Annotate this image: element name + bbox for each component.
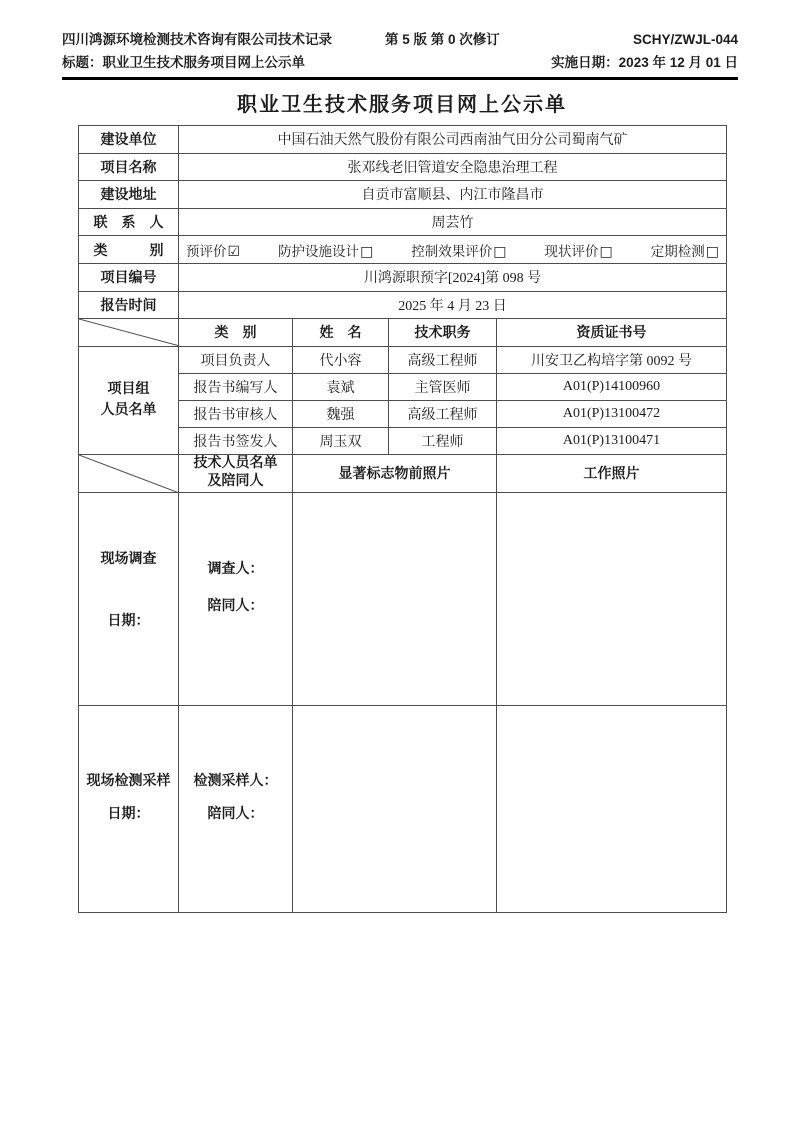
category-option-control-effect: 控制效果评价□ [411, 240, 506, 260]
info-label-contact-person: 联 系 人 [79, 208, 179, 236]
checkbox-unchecked-icon: □ [360, 244, 373, 260]
implementation-date: 实施日期：2023 年 12 月 01 日 [551, 51, 738, 74]
site-sampling-date-label: 日期： [79, 803, 178, 823]
info-value-report-date: 2025 年 4 月 23 日 [179, 291, 727, 319]
site-survey-label-cell: 现场调查 日期： [79, 493, 179, 706]
photo-header-landmark: 显著标志物前照片 [293, 454, 497, 493]
category-option-label: 定期检测 [651, 244, 705, 259]
team-role: 报告书签发人 [179, 427, 293, 454]
checkbox-checked-icon: ☑ [228, 244, 241, 260]
team-group-label: 项目组 人员名单 [79, 346, 179, 454]
team-name: 袁斌 [293, 373, 389, 400]
team-row: 项目组 人员名单 项目负责人 代小容 高级工程师 川安卫乙构培字第 0092 号 [79, 346, 727, 373]
info-label-project-name: 项目名称 [79, 153, 179, 181]
site-survey-persons-cell: 调查人： 陪同人： [179, 493, 293, 706]
diagonal-blank-cell [79, 319, 179, 347]
info-label-construction-unit: 建设单位 [79, 126, 179, 154]
surveyor-label: 调查人： [179, 558, 292, 578]
team-certificate: A01(P)14100960 [497, 373, 727, 400]
info-label-report-date: 报告时间 [79, 291, 179, 319]
category-option-label: 控制效果评价 [411, 244, 492, 259]
team-header-certificate: 资质证书号 [497, 319, 727, 347]
team-role: 报告书编写人 [179, 373, 293, 400]
site-survey-row: 现场调查 日期： 调查人： 陪同人： [79, 493, 727, 706]
category-option-status-evaluation: 现状评价□ [545, 240, 613, 260]
category-label: 类 别 [79, 236, 179, 264]
companion-label: 陪同人： [179, 803, 292, 823]
photo-header-personnel-line2: 及陪同人 [179, 473, 292, 491]
document-subtitle: 标题：职业卫生技术服务项目网上公示单 [62, 55, 305, 70]
team-name: 代小容 [293, 346, 389, 373]
header-divider [62, 77, 738, 80]
diagonal-line-icon [79, 455, 178, 493]
site-sampling-label: 现场检测采样 [79, 770, 178, 790]
team-title: 工程师 [389, 427, 497, 454]
team-title: 高级工程师 [389, 346, 497, 373]
info-value-construction-unit: 中国石油天然气股份有限公司西南油气田分公司蜀南气矿 [179, 126, 727, 154]
info-value-project-name: 张邓线老旧管道安全隐患治理工程 [179, 153, 727, 181]
sampler-label: 检测采样人： [179, 770, 292, 790]
photo-header-row: 技术人员名单 及陪同人 显著标志物前照片 工作照片 [79, 454, 727, 493]
table-row: 项目名称 张邓线老旧管道安全隐患治理工程 [79, 153, 727, 181]
team-certificate: A01(P)13100471 [497, 427, 727, 454]
table-row-category: 类 别 预评价☑ 防护设施设计□ 控制效果评价□ 现状评价□ 定期检测□ [79, 236, 727, 264]
category-option-periodic-testing: 定期检测□ [651, 240, 719, 260]
table-row: 报告时间 2025 年 4 月 23 日 [79, 291, 727, 319]
header-line-1: 四川鸿源环境检测技术咨询有限公司技术记录 第 5 版 第 0 次修订 SCHY/… [62, 28, 738, 51]
table-row: 建设单位 中国石油天然气股份有限公司西南油气田分公司蜀南气矿 [79, 126, 727, 154]
info-label-project-number: 项目编号 [79, 263, 179, 291]
info-value-contact-person: 周芸竹 [179, 208, 727, 236]
site-sampling-work-photo-cell [497, 705, 727, 912]
category-options-cell: 预评价☑ 防护设施设计□ 控制效果评价□ 现状评价□ 定期检测□ [179, 236, 727, 264]
page-title: 职业卫生技术服务项目网上公示单 [78, 88, 726, 117]
team-name: 周玉双 [293, 427, 389, 454]
team-header-title: 技术职务 [389, 319, 497, 347]
document-page: 四川鸿源环境检测技术咨询有限公司技术记录 第 5 版 第 0 次修订 SCHY/… [0, 0, 800, 1131]
photo-header-work: 工作照片 [497, 454, 727, 493]
checkbox-unchecked-icon: □ [706, 244, 719, 260]
version-info: 第 5 版 第 0 次修订 [385, 28, 500, 51]
site-sampling-landmark-photo-cell [293, 705, 497, 912]
team-role: 报告书审核人 [179, 400, 293, 427]
company-record-title: 四川鸿源环境检测技术咨询有限公司技术记录 [62, 32, 332, 47]
publicity-form-table: 建设单位 中国石油天然气股份有限公司西南油气田分公司蜀南气矿 项目名称 张邓线老… [78, 125, 727, 913]
team-header-category: 类 别 [179, 319, 293, 347]
header-line-2: 标题：职业卫生技术服务项目网上公示单 实施日期：2023 年 12 月 01 日 [62, 51, 738, 74]
category-option-protective-design: 防护设施设计□ [278, 240, 373, 260]
site-survey-landmark-photo-cell [293, 493, 497, 706]
info-label-construction-address: 建设地址 [79, 181, 179, 209]
diagonal-line-icon [79, 319, 178, 346]
table-row: 建设地址 自贡市富顺县、内江市隆昌市 [79, 181, 727, 209]
document-header: 四川鸿源环境检测技术咨询有限公司技术记录 第 5 版 第 0 次修订 SCHY/… [62, 28, 738, 74]
team-name: 魏强 [293, 400, 389, 427]
companion-label: 陪同人： [179, 595, 292, 615]
category-option-label: 防护设施设计 [278, 244, 359, 259]
site-sampling-label-cell: 现场检测采样 日期： [79, 705, 179, 912]
team-title: 高级工程师 [389, 400, 497, 427]
site-sampling-row: 现场检测采样 日期： 检测采样人： 陪同人： [79, 705, 727, 912]
site-survey-work-photo-cell [497, 493, 727, 706]
table-row: 项目编号 川鸿源职预字[2024]第 098 号 [79, 263, 727, 291]
site-survey-label: 现场调查 [79, 548, 178, 568]
document-code: SCHY/ZWJL-044 [633, 28, 738, 51]
photo-header-personnel: 技术人员名单 及陪同人 [179, 454, 293, 493]
team-title: 主管医师 [389, 373, 497, 400]
table-row: 联 系 人 周芸竹 [79, 208, 727, 236]
team-certificate: 川安卫乙构培字第 0092 号 [497, 346, 727, 373]
team-header-name: 姓 名 [293, 319, 389, 347]
info-value-project-number: 川鸿源职预字[2024]第 098 号 [179, 263, 727, 291]
category-option-label: 现状评价 [545, 244, 599, 259]
checkbox-unchecked-icon: □ [600, 244, 613, 260]
category-option-pre-evaluation: 预评价☑ [186, 240, 240, 260]
checkbox-unchecked-icon: □ [493, 244, 506, 260]
diagonal-blank-cell [79, 454, 179, 493]
photo-header-personnel-line1: 技术人员名单 [179, 455, 292, 473]
team-header-row: 类 别 姓 名 技术职务 资质证书号 [79, 319, 727, 347]
site-survey-date-label: 日期： [79, 610, 178, 630]
team-group-label-line1: 项目组 [79, 379, 178, 400]
site-sampling-persons-cell: 检测采样人： 陪同人： [179, 705, 293, 912]
team-certificate: A01(P)13100472 [497, 400, 727, 427]
team-role: 项目负责人 [179, 346, 293, 373]
category-options: 预评价☑ 防护设施设计□ 控制效果评价□ 现状评价□ 定期检测□ [179, 240, 726, 260]
category-option-label: 预评价 [186, 244, 227, 259]
info-value-construction-address: 自贡市富顺县、内江市隆昌市 [179, 181, 727, 209]
team-group-label-line2: 人员名单 [79, 400, 178, 421]
